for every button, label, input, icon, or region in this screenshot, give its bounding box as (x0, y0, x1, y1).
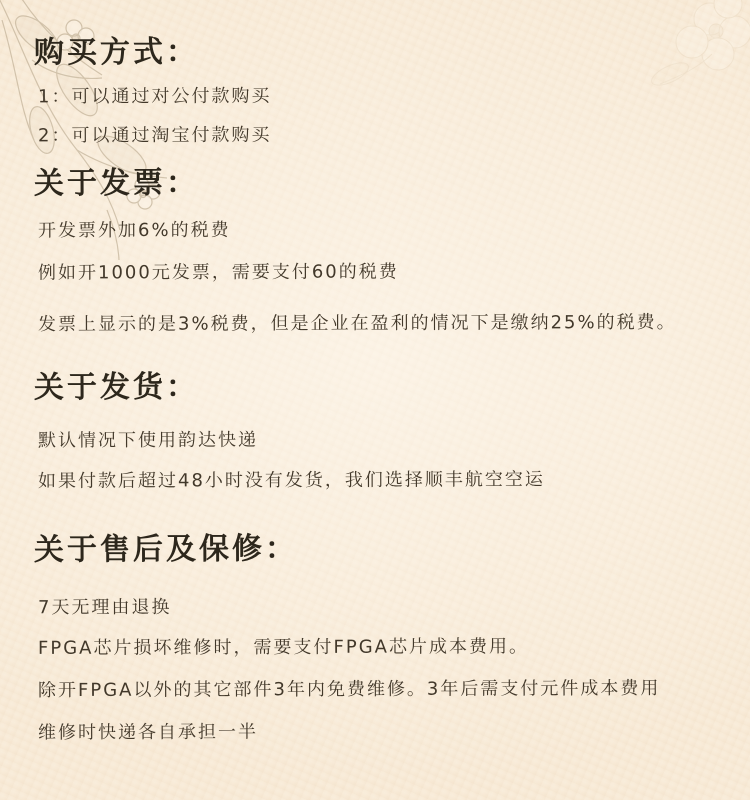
text-line-invoice-tax: 开发票外加6%的税费 (38, 220, 231, 243)
heading-aftersales-warranty: 关于售后及保修： (34, 532, 298, 567)
heading-purchase-method: 购买方式： (34, 36, 199, 71)
text-line-invoice-rate: 发票上显示的是3%税费，但是企业在盈利的情况下是缴纳25%的税费。 (38, 312, 677, 336)
text-line-sf-express: 如果付款后超过48小时没有发货，我们选择顺丰航空空运 (38, 469, 545, 493)
text-line-shipping-split: 维修时快递各自承担一半 (38, 722, 258, 745)
floral-sketch-top-right-icon (600, 0, 750, 114)
product-notice-page: 购买方式： 1：可以通过对公付款购买 2：可以通过淘宝付款购买 关于发票： 开发… (0, 0, 750, 800)
text-line-pay-taobao: 2：可以通过淘宝付款购买 (38, 125, 272, 148)
text-line-free-repair-3years: 除开FPGA以外的其它部件3年内免费维修。3年后需支付元件成本费用 (38, 678, 660, 702)
text-line-default-courier: 默认情况下使用韵达快递 (38, 430, 258, 453)
heading-invoice: 关于发票： (34, 167, 199, 202)
text-line-fpga-repair-cost: FPGA芯片损坏维修时，需要支付FPGA芯片成本费用。 (38, 636, 529, 660)
text-line-pay-corporate: 1：可以通过对公付款购买 (38, 86, 272, 109)
heading-shipping: 关于发货： (34, 371, 199, 406)
text-line-7day-return: 7天无理由退换 (38, 597, 172, 619)
text-line-invoice-example: 例如开1000元发票，需要支付60的税费 (38, 261, 399, 284)
